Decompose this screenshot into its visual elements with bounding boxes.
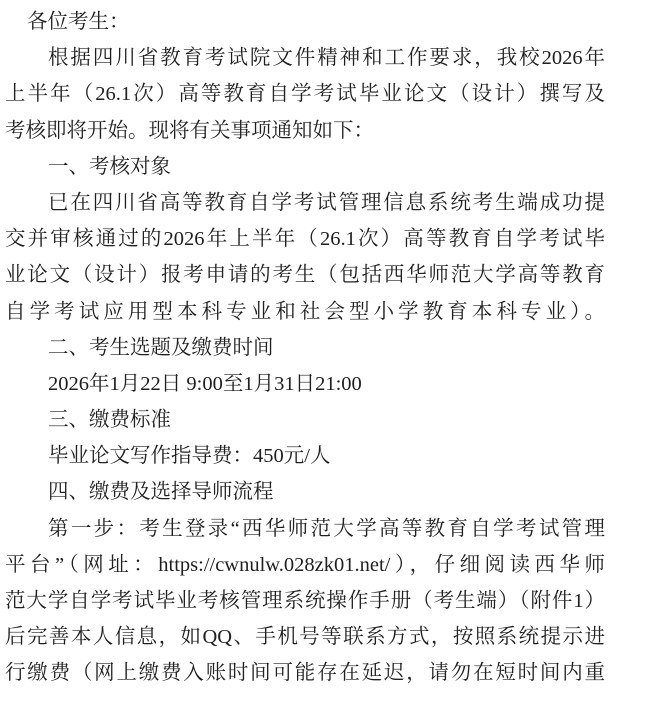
document-line: 各位考生：	[5, 4, 605, 40]
document-line: 行缴费（网上缴费入账时间可能存在延迟，请勿在短时间内重	[5, 655, 605, 691]
document-line: 四、缴费及选择导师流程	[5, 474, 605, 510]
document-line: 2026年1月22日 9:00至1月31日21:00	[5, 366, 605, 402]
document-line: 平台”（网址：https://cwnulw.028zk01.net/），仔细阅读…	[5, 547, 605, 583]
document-line: 已在四川省高等教育自学考试管理信息系统考生端成功提	[5, 185, 605, 221]
document-line: 根据四川省教育考试院文件精神和工作要求，我校2026年	[5, 40, 605, 76]
document-line: 自学考试应用型本科专业和社会型小学教育本科专业）。	[5, 294, 605, 330]
document-line: 后完善本人信息，如QQ、手机号等联系方式，按照系统提示进	[5, 619, 605, 655]
document-line: 考核即将开始。现将有关事项通知如下：	[5, 113, 605, 149]
document-line: 上半年（26.1次）高等教育自学考试毕业论文（设计）撰写及	[5, 76, 605, 112]
document-line: 一、考核对象	[5, 149, 605, 185]
document-line: 毕业论文写作指导费：450元/人	[5, 438, 605, 474]
document-line: 第一步：考生登录“西华师范大学高等教育自学考试管理	[5, 511, 605, 547]
document-line: 二、考生选题及缴费时间	[5, 330, 605, 366]
notice-document: 各位考生：根据四川省教育考试院文件精神和工作要求，我校2026年上半年（26.1…	[0, 0, 647, 701]
document-body: 各位考生：根据四川省教育考试院文件精神和工作要求，我校2026年上半年（26.1…	[5, 4, 605, 692]
document-line: 范大学自学考试毕业考核管理系统操作手册（考生端）（附件1）	[5, 583, 605, 619]
document-line: 交并审核通过的2026年上半年（26.1次）高等教育自学考试毕	[5, 221, 605, 257]
document-line: 三、缴费标准	[5, 402, 605, 438]
document-line: 业论文（设计）报考申请的考生（包括西华师范大学高等教育	[5, 257, 605, 293]
